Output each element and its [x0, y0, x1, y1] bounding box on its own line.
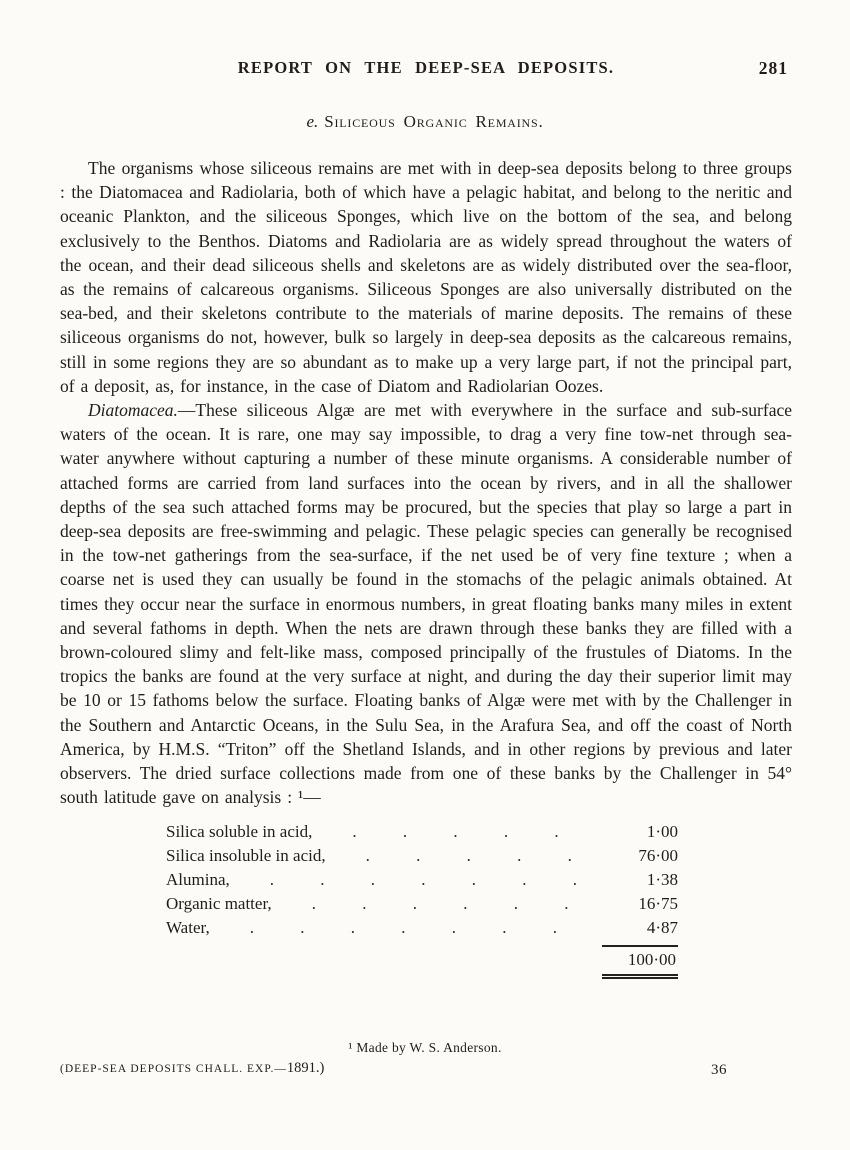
table-row: Organic matter, . . . . . . 16·75	[166, 892, 678, 916]
row-label: Organic matter,	[166, 892, 272, 916]
row-value: 1·00	[598, 820, 678, 844]
row-label: Alumina,	[166, 868, 230, 892]
section-heading: e.Siliceous Organic Remains.	[0, 112, 850, 132]
signature-number: 36	[711, 1062, 727, 1079]
signature-prefix: (DEEP-SEA DEPOSITS CHALL. EXP.—	[60, 1063, 287, 1075]
paragraph-diatomacea-text: —These siliceous Algæ are met with every…	[60, 400, 792, 807]
signature-year: 1891.)	[287, 1060, 324, 1076]
section-letter: e.	[306, 112, 318, 131]
row-value: 4·87	[598, 916, 678, 940]
page-footer: (DEEP-SEA DEPOSITS CHALL. EXP.—1891.) 36	[60, 1059, 792, 1081]
table-total-value: 100·00	[628, 950, 676, 969]
table-row: Water, . . . . . . . 4·87	[166, 916, 678, 940]
paragraph-diatomacea-lead: Diatomacea.	[88, 400, 178, 420]
section-title: Siliceous Organic Remains.	[324, 112, 543, 131]
dot-leader: . . . . .	[312, 820, 598, 844]
table-row: Alumina, . . . . . . . 1·38	[166, 868, 678, 892]
running-head-title: REPORT ON THE DEEP-SEA DEPOSITS.	[60, 58, 792, 78]
dot-leader: . . . . . . .	[210, 916, 598, 940]
document-page: REPORT ON THE DEEP-SEA DEPOSITS. 281 e.S…	[0, 0, 850, 1150]
dot-leader: . . . . .	[326, 844, 598, 868]
row-value: 1·38	[598, 868, 678, 892]
running-head: REPORT ON THE DEEP-SEA DEPOSITS. 281	[60, 58, 792, 82]
body-text: The organisms whose siliceous remains ar…	[60, 156, 792, 979]
paragraph-diatomacea: Diatomacea.—These siliceous Algæ are met…	[60, 398, 792, 809]
analysis-table: Silica soluble in acid, . . . . . 1·00 S…	[166, 820, 678, 979]
table-row: Silica soluble in acid, . . . . . 1·00	[166, 820, 678, 844]
footnote: ¹ Made by W. S. Anderson.	[0, 1040, 850, 1056]
footnote-text: ¹ Made by W. S. Anderson.	[348, 1040, 501, 1055]
paragraph-organisms-text: The organisms whose siliceous remains ar…	[60, 158, 792, 396]
dot-leader: . . . . . . .	[230, 868, 598, 892]
page-number: 281	[759, 58, 788, 79]
row-label: Silica soluble in acid,	[166, 820, 312, 844]
row-label: Silica insoluble in acid,	[166, 844, 326, 868]
paragraph-organisms: The organisms whose siliceous remains ar…	[60, 156, 792, 398]
table-row: Silica insoluble in acid, . . . . . 76·0…	[166, 844, 678, 868]
row-value: 76·00	[598, 844, 678, 868]
dot-leader: . . . . . .	[272, 892, 598, 916]
row-value: 16·75	[598, 892, 678, 916]
row-label: Water,	[166, 916, 210, 940]
table-total: 100·00	[602, 945, 678, 979]
